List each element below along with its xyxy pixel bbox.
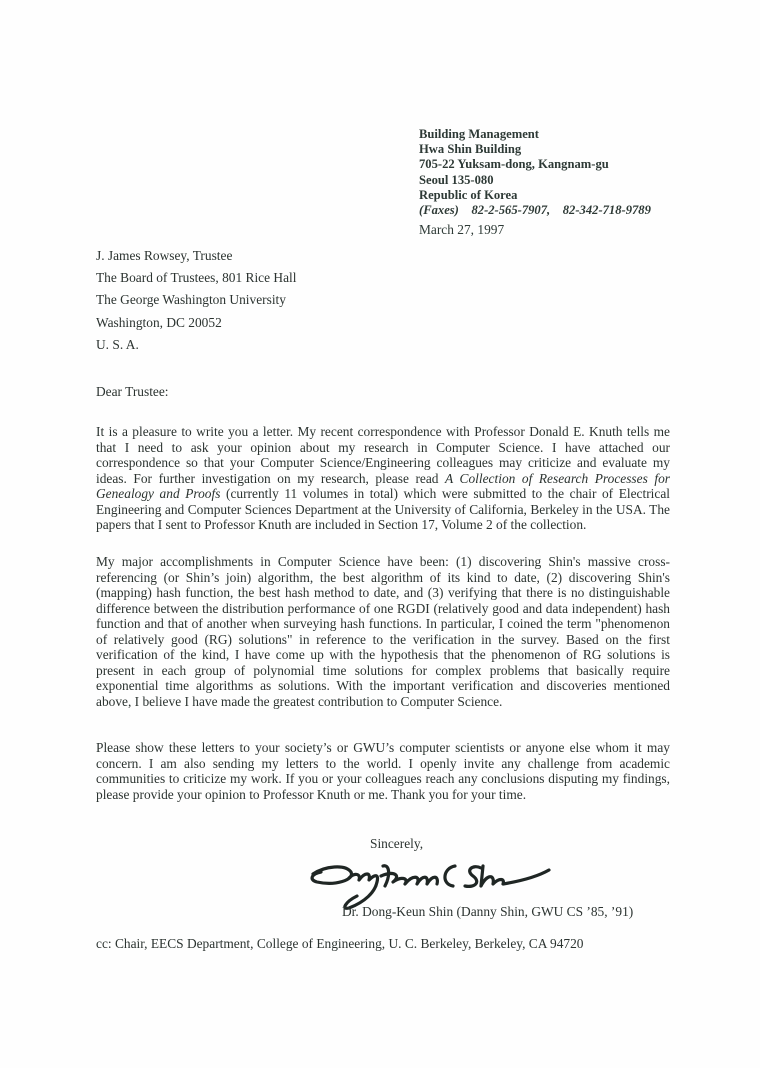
sender-fax: (Faxes) 82-2-565-7907, 82-342-718-9789 <box>419 203 651 218</box>
recipient-line: Washington, DC 20052 <box>96 312 296 334</box>
sender-line: Republic of Korea <box>419 188 651 203</box>
recipient-address: J. James Rowsey, Trustee The Board of Tr… <box>96 245 296 356</box>
letter-page: Building Management Hwa Shin Building 70… <box>0 0 760 1068</box>
letter-date: March 27, 1997 <box>419 222 504 238</box>
sender-address: Building Management Hwa Shin Building 70… <box>419 127 651 218</box>
sender-line: Building Management <box>419 127 651 142</box>
sender-line: 705-22 Yuksam-dong, Kangnam-gu <box>419 157 651 172</box>
recipient-line: U. S. A. <box>96 334 296 356</box>
sender-line: Hwa Shin Building <box>419 142 651 157</box>
body-paragraph-2: My major accomplishments in Computer Sci… <box>96 554 670 709</box>
signer-name: Dr. Dong-Keun Shin (Danny Shin, GWU CS ’… <box>342 904 633 920</box>
body-paragraph-1: It is a pleasure to write you a letter. … <box>96 424 670 533</box>
recipient-line: J. James Rowsey, Trustee <box>96 245 296 267</box>
body-paragraph-3: Please show these letters to your societ… <box>96 740 670 802</box>
fax-numbers: 82-2-565-7907, 82-342-718-9789 <box>471 203 650 217</box>
recipient-line: The Board of Trustees, 801 Rice Hall <box>96 267 296 289</box>
fax-label: (Faxes) <box>419 203 459 217</box>
closing: Sincerely, <box>370 836 423 852</box>
salutation: Dear Trustee: <box>96 384 169 400</box>
sender-line: Seoul 135-080 <box>419 173 651 188</box>
carbon-copy-line: cc: Chair, EECS Department, College of E… <box>96 936 583 952</box>
handwritten-signature <box>305 852 555 912</box>
recipient-line: The George Washington University <box>96 289 296 311</box>
